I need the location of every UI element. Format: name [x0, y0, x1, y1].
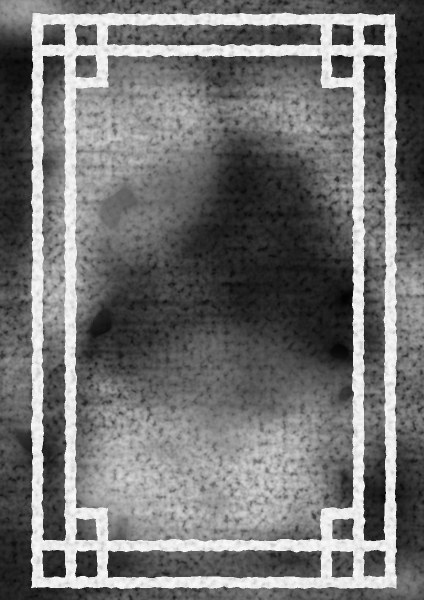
- rug-product-photo: [0, 0, 424, 600]
- rug-graphic: [0, 0, 424, 600]
- rug-grain-overlay: [0, 0, 424, 600]
